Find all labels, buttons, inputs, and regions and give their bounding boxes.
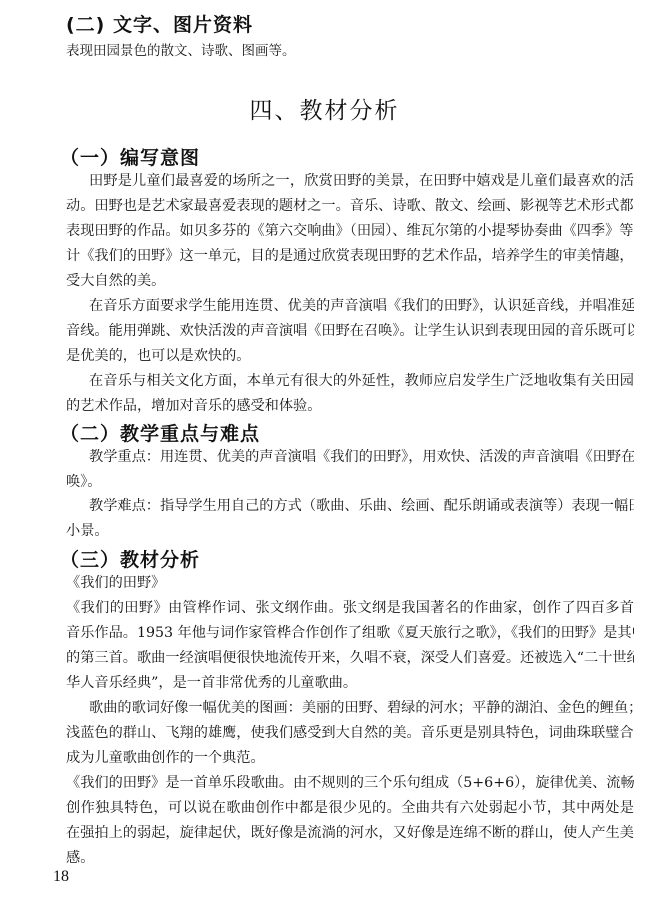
song-title: 《我们的田野》 [66,574,634,592]
text-line: 浅蓝色的群山、飞翔的雄鹰，使我们感受到大自然的美。音乐更是别具特色，词曲珠联璧合… [66,724,634,742]
text-line: 田野是儿童们最喜爱的场所之一，欣赏田野的美景，在田野中嬉戏是儿童们最喜欢的活 [89,172,634,190]
text-line: 计《我们的田野》这一单元，目的是通过欣赏表现田野的艺术作品，培养学生的审美情趣，… [66,247,634,265]
text-line: 在音乐方面要求学生能用连贯、优美的声音演唱《我们的田野》，认识延音线，并唱准延 [89,297,634,315]
text-line: 音线。能用弹跳、欢快活泼的声音演唱《田野在召唤》。让学生认识到表现田园的音乐既可… [66,322,634,340]
section-heading-material-analysis: （三）教材分析 [60,545,200,572]
text-line: 华人音乐经典”，是一首非常优秀的儿童歌曲。 [66,674,634,692]
section-heading-teaching-focus: （二）教学重点与难点 [60,419,260,446]
section-heading-text-image-materials: (二) 文字、图片资料 [66,10,253,37]
text-line: 小景。 [66,522,634,540]
text-line: 音乐作品。1953 年他与词作家管桦合作创作了组歌《夏天旅行之歌》，《我们的田野… [66,624,634,642]
text-line: 《我们的田野》是一首单乐段歌曲。由不规则的三个乐句组成（5+6+6），旋律优美、… [66,774,634,792]
text-line: 受大自然的美。 [66,272,634,290]
text-line: 歌曲的歌词好像一幅优美的图画：美丽的田野、碧绿的河水；平静的湖泊、金色的鲤鱼； [89,699,634,717]
text-line: 在强拍上的弱起，旋律起伏，既好像是流淌的河水，又好像是连绵不断的群山，使人产生美 [66,824,634,842]
text-line: 成为儿童歌曲创作的一个典范。 [66,749,634,767]
materials-body-text: 表现田园景色的散文、诗歌、图画等。 [66,42,634,60]
text-line: 创作独具特色，可以说在歌曲创作中都是很少见的。全曲共有六处弱起小节，其中两处是 [66,799,634,817]
text-line: 的艺术作品，增加对音乐的感受和体验。 [66,397,634,415]
text-line: 动。田野也是艺术家最喜爱表现的题材之一。音乐、诗歌、散文、绘画、影视等艺术形式都… [66,197,634,215]
text-line: 是优美的，也可以是欢快的。 [66,347,634,365]
text-line: 《我们的田野》由管桦作词、张文纲作曲。张文纲是我国著名的作曲家，创作了四百多首 [66,599,634,617]
chapter-title: 四、教材分析 [0,92,649,125]
section-heading-writing-intent: （一）编写意图 [60,143,200,170]
text-line: 的第三首。歌曲一经演唱便很快地流传开来，久唱不衰，深受人们喜爱。还被选入“二十世… [66,649,634,667]
text-line: 感。 [66,849,634,867]
text-line: 唤》。 [66,473,634,491]
document-page: (二) 文字、图片资料 表现田园景色的散文、诗歌、图画等。 四、教材分析 （一）… [0,0,649,908]
text-line: 教学难点：指导学生用自己的方式（歌曲、乐曲、绘画、配乐朗诵或表演等）表现一幅田园 [89,497,634,515]
page-number: 18 [53,868,69,886]
text-line: 在音乐与相关文化方面，本单元有很大的外延性，教师应启发学生广泛地收集有关田园 [89,372,634,390]
text-line: 教学重点：用连贯、优美的声音演唱《我们的田野》，用欢快、活泼的声音演唱《田野在召 [89,448,634,466]
text-line: 表现田野的作品。如贝多芬的《第六交响曲》（田园）、维瓦尔第的小提琴协奏曲《四季》… [66,222,634,240]
